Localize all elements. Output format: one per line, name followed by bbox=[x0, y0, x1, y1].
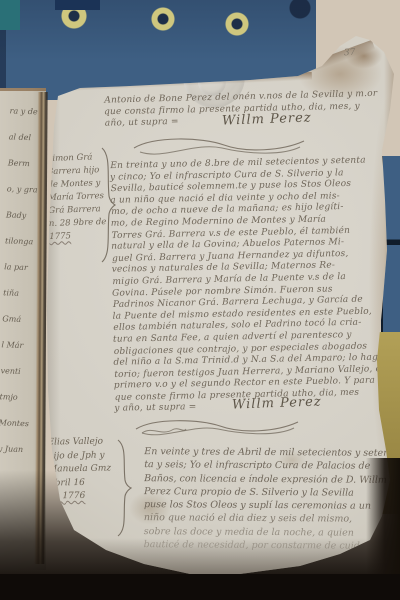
entry1-body-text: En treinta y uno de 8.bre de mil setecie… bbox=[110, 155, 397, 415]
page-number: 37 bbox=[344, 48, 356, 59]
photo-of-register-page: ra y deal delBermo, y graBadytilongala p… bbox=[0, 0, 400, 600]
margin-note-entry1: Simon GráBarrera hijode Montes yMaría To… bbox=[46, 151, 109, 244]
text-line: Manuela Gmz bbox=[48, 462, 112, 477]
table-shadow bbox=[0, 574, 400, 600]
fabric-navy-patch bbox=[55, 0, 100, 10]
margin-brace-2 bbox=[114, 438, 132, 538]
signature-willm-perez: Willm Perez bbox=[222, 110, 312, 128]
text-line: 1775 bbox=[49, 229, 109, 244]
text-line: n. 28 9bre de bbox=[49, 216, 109, 231]
register-page: 37 Antonio de Bone Perez del onén v.nos … bbox=[40, 30, 400, 580]
text-line: ta y seis; Yo el infrascripto Cura de Pa… bbox=[144, 458, 390, 473]
signature-willm-perez-2: Willm Perez bbox=[232, 394, 322, 412]
text-line: hijo de Jph y bbox=[48, 449, 112, 464]
fabric-teal-patch bbox=[0, 0, 20, 30]
entry2-body-text: En veinte y tres de Abril de mil setecie… bbox=[144, 445, 391, 553]
signature-flourish bbox=[132, 134, 308, 160]
rubric-flourish bbox=[140, 424, 188, 438]
text-line: Elias Vallejo bbox=[47, 435, 111, 450]
